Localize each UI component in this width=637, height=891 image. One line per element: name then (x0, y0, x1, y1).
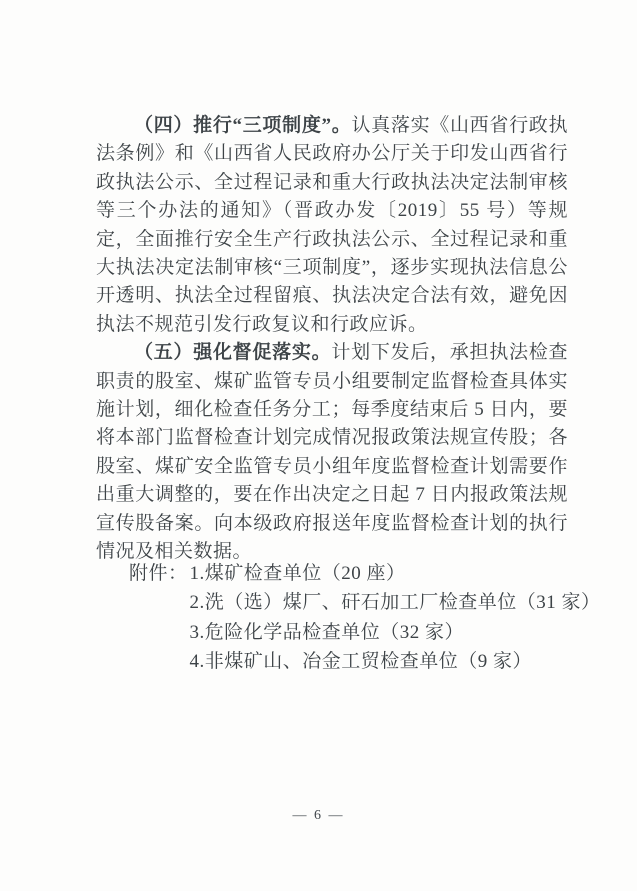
attachment-item: 2.洗（选）煤厂、矸石加工厂检查单位（31 家） (190, 588, 601, 617)
attachment-item: 1.煤矿检查单位（20 座） (190, 559, 601, 588)
attachment-label: 附件： (129, 559, 188, 588)
attachment-list: 1.煤矿检查单位（20 座） 2.洗（选）煤厂、矸石加工厂检查单位（31 家） … (190, 559, 601, 676)
paragraph-body-text: 计划下发后，承担执法检查职责的股室、煤矿监管专员小组要制定监督检查具体实施计划，… (96, 342, 568, 562)
page-number: — 6 — (0, 808, 637, 824)
attachment-item: 3.危险化学品检查单位（32 家） (190, 618, 601, 647)
scanned-document-page: （四）推行“三项制度”。认真落实《山西省行政执法条例》和《山西省人民政府办公厅关… (0, 0, 637, 891)
paragraph-section-5: （五）强化督促落实。计划下发后，承担执法检查职责的股室、煤矿监管专员小组要制定监… (96, 339, 568, 566)
attachment-item: 4.非煤矿山、冶金工贸检查单位（9 家） (190, 647, 601, 676)
paragraph-heading: （四）推行“三项制度”。 (134, 115, 351, 136)
paragraph-body-text: 认真落实《山西省行政执法条例》和《山西省人民政府办公厅关于印发山西省行政执法公示… (96, 115, 568, 335)
document-body: （四）推行“三项制度”。认真落实《山西省行政执法条例》和《山西省人民政府办公厅关… (96, 112, 568, 567)
paragraph-section-4: （四）推行“三项制度”。认真落实《山西省行政执法条例》和《山西省人民政府办公厅关… (96, 112, 568, 339)
paragraph-heading: （五）强化督促落实。 (134, 342, 331, 363)
attachment-block: 附件： 1.煤矿检查单位（20 座） 2.洗（选）煤厂、矸石加工厂检查单位（31… (129, 559, 601, 676)
